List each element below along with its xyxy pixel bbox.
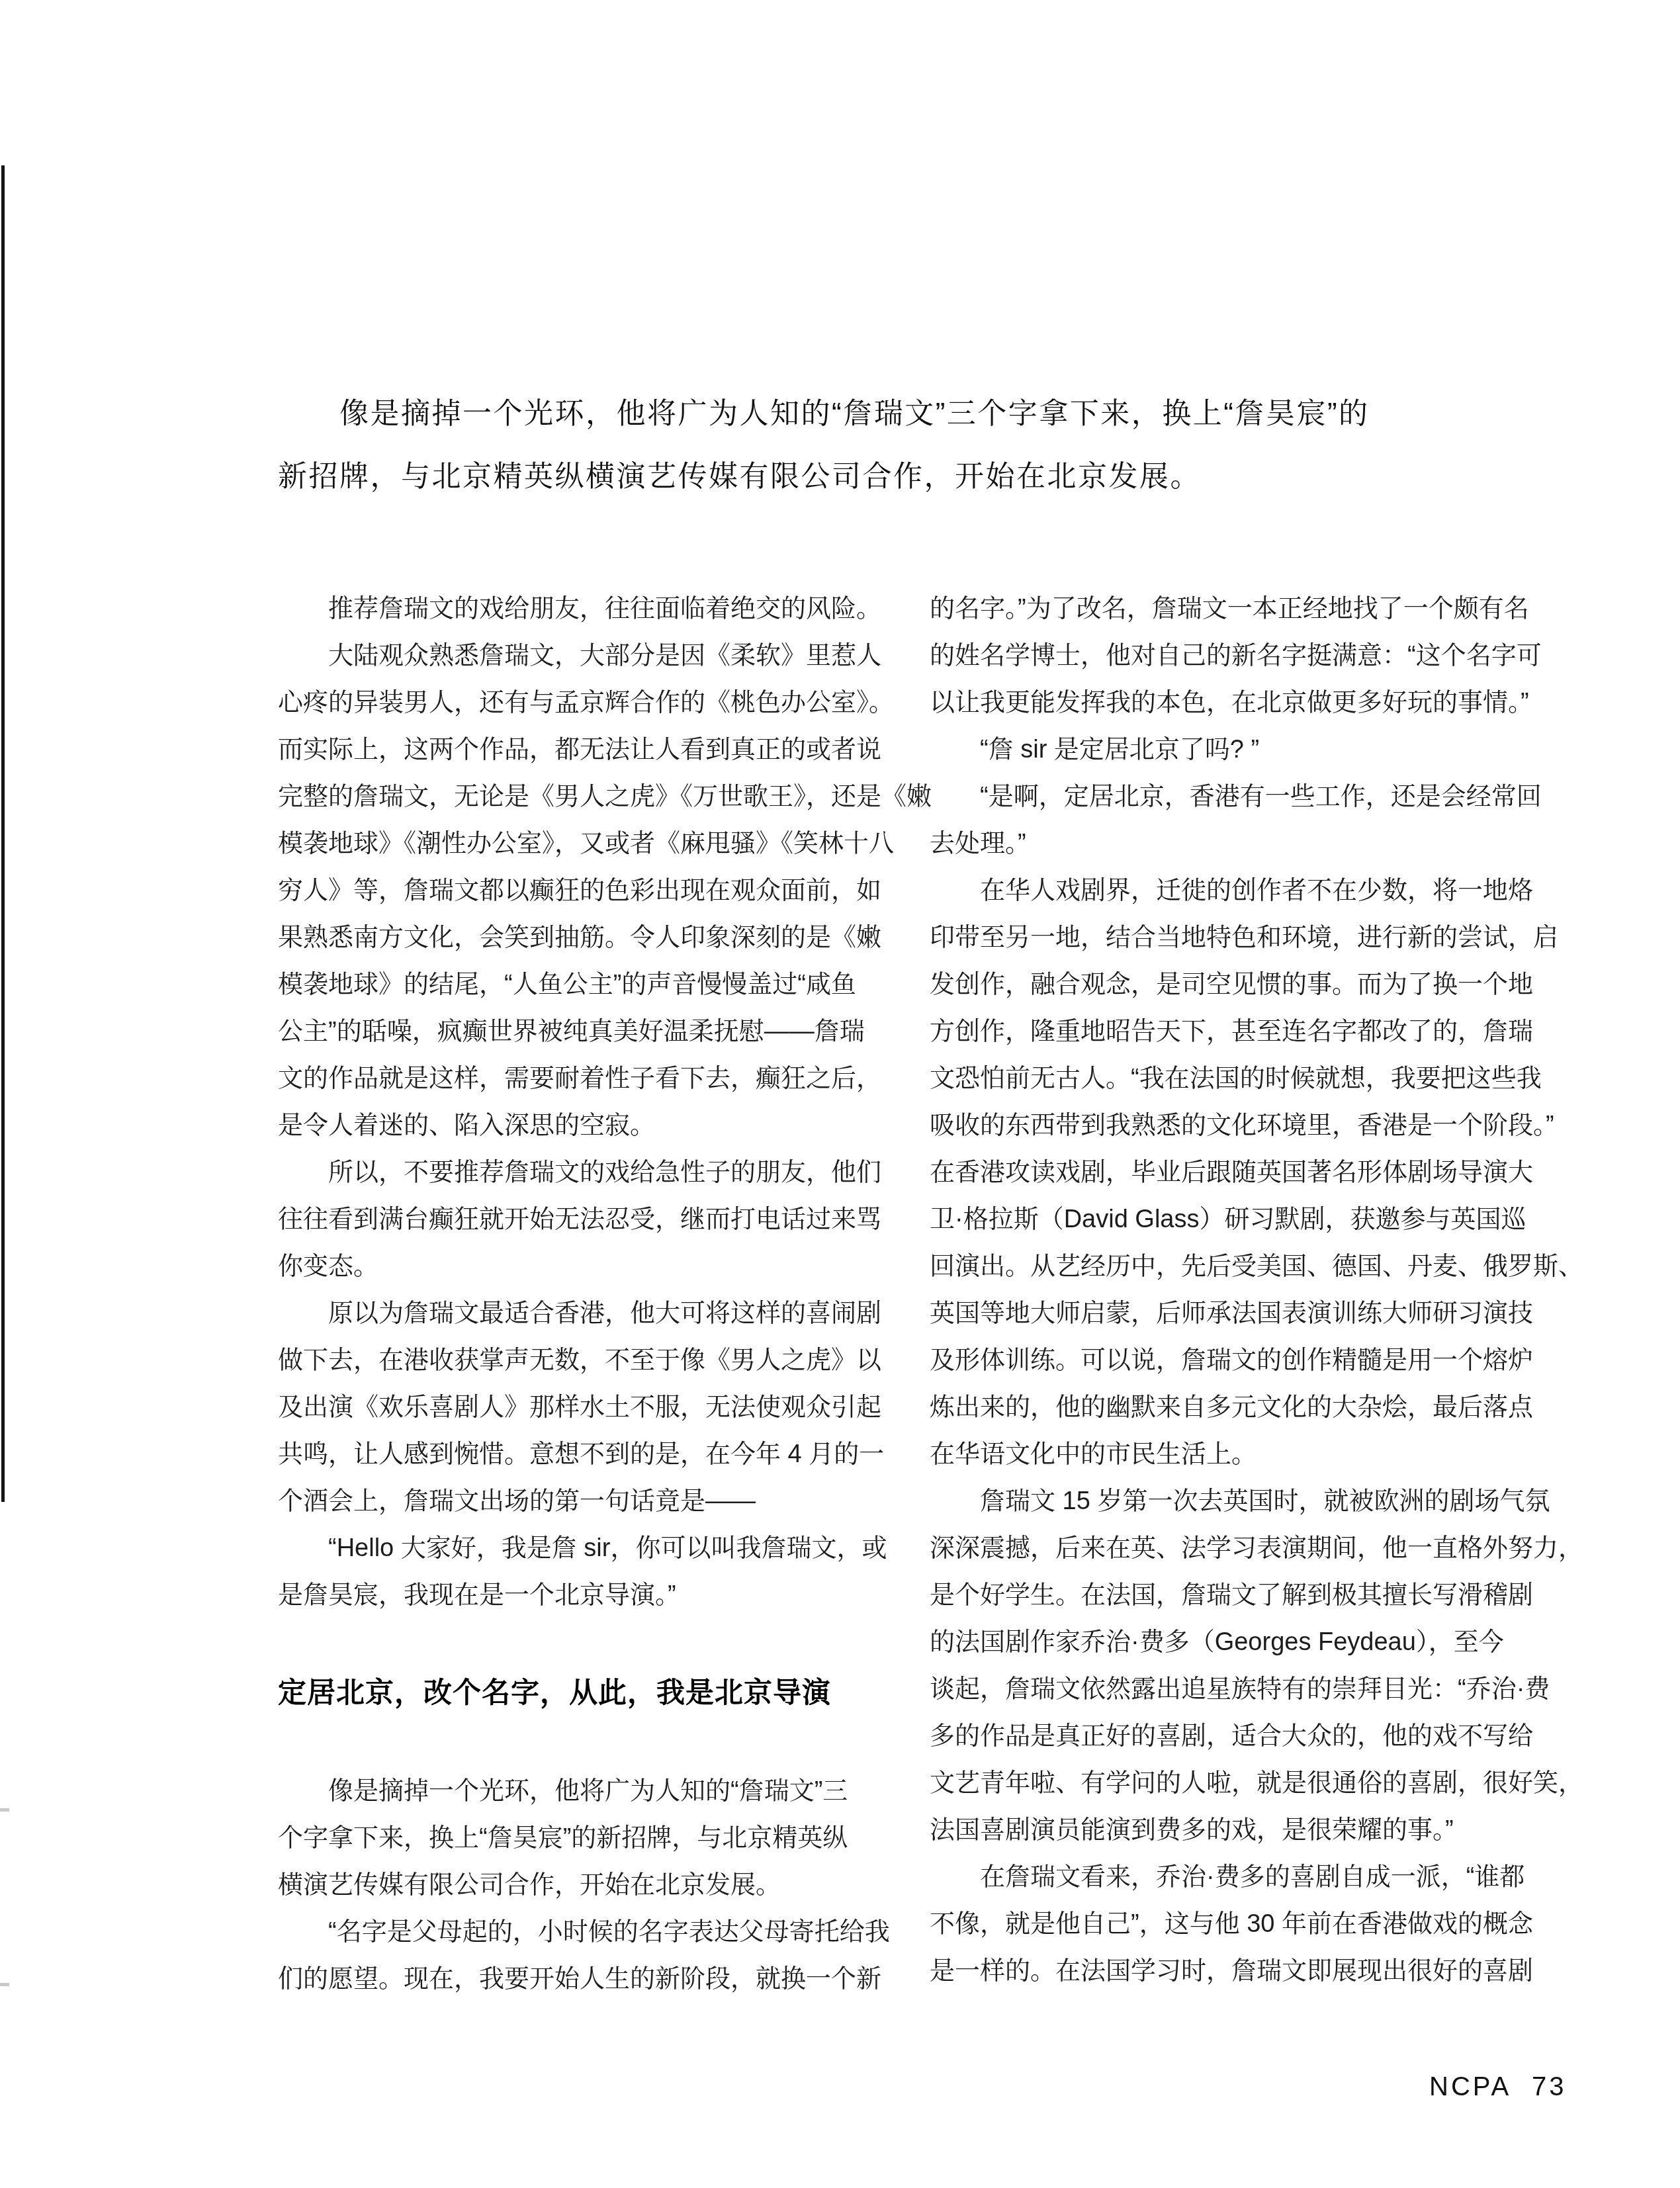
text-line: 文艺青年啦、有学问的人啦，就是很通俗的喜剧，很好笑， bbox=[930, 1760, 1535, 1807]
pull-quote-line: 新招牌，与北京精英纵横演艺传媒有限公司合作，开始在北京发展。 bbox=[278, 445, 1575, 508]
text-line: 共鸣，让人感到惋惜。意想不到的是，在今年 4 月的一 bbox=[278, 1431, 883, 1478]
text-line: 的法国剧作家乔治·费多（Georges Feydeau），至今 bbox=[930, 1619, 1535, 1666]
left-column: 推荐詹瑞文的戏给朋友，往往面临着绝交的风险。 大陆观众熟悉詹瑞文，大部分是因《柔… bbox=[278, 586, 883, 2003]
text-line: 做下去，在港收获掌声无数，不至于像《男人之虎》以 bbox=[278, 1337, 883, 1384]
text-line: 模袭地球》的结尾，“人鱼公主”的声音慢慢盖过“咸鱼 bbox=[278, 961, 883, 1008]
text-line: 的姓名学博士，他对自己的新名字挺满意：“这个名字可 bbox=[930, 633, 1535, 679]
text-line: 发创作，融合观念，是司空见惯的事。而为了换一个地 bbox=[930, 961, 1535, 1008]
text-line: 往往看到满台癫狂就开始无法忍受，继而打电话过来骂 bbox=[278, 1196, 883, 1243]
text-line: 及出演《欢乐喜剧人》那样水土不服，无法使观众引起 bbox=[278, 1384, 883, 1431]
text-line: 法国喜剧演员能演到费多的戏，是很荣耀的事。” bbox=[930, 1807, 1535, 1854]
text-line: 是令人着迷的、陷入深思的空寂。 bbox=[278, 1102, 883, 1149]
text-line: 的名字。”为了改名，詹瑞文一本正经地找了一个颇有名 bbox=[930, 586, 1535, 633]
text-line: 詹瑞文 15 岁第一次去英国时，就被欧洲的剧场气氛 bbox=[930, 1478, 1535, 1525]
text-line: 文恐怕前无古人。“我在法国的时候就想，我要把这些我 bbox=[930, 1055, 1535, 1102]
text-line: 穷人》等，詹瑞文都以癫狂的色彩出现在观众面前，如 bbox=[278, 867, 883, 914]
text-line: 及形体训练。可以说，詹瑞文的创作精髓是用一个熔炉 bbox=[930, 1337, 1535, 1384]
page-number: NCPA 73 bbox=[1429, 2072, 1567, 2102]
pull-quote: 像是摘掉一个光环，他将广为人知的“詹瑞文”三个字拿下来，换上“詹昊宸”的新招牌，… bbox=[278, 382, 1575, 508]
text-line: 模袭地球》《潮性办公室》，又或者《麻甩骚》《笑林十八 bbox=[278, 820, 883, 867]
section-heading: 定居北京，改个名字，从此，我是北京导演 bbox=[278, 1669, 883, 1718]
text-line: 原以为詹瑞文最适合香港，他大可将这样的喜闹剧 bbox=[278, 1290, 883, 1337]
text-line: 在华语文化中的市民生活上。 bbox=[930, 1431, 1535, 1478]
article-body: 推荐詹瑞文的戏给朋友，往往面临着绝交的风险。 大陆观众熟悉詹瑞文，大部分是因《柔… bbox=[278, 586, 1535, 2003]
text-line: 文的作品就是这样，需要耐着性子看下去，癫狂之后， bbox=[278, 1055, 883, 1102]
text-line: 个酒会上，詹瑞文出场的第一句话竟是—— bbox=[278, 1478, 883, 1525]
scan-artifact-dash bbox=[0, 1983, 9, 1986]
text-line: 推荐詹瑞文的戏给朋友，往往面临着绝交的风险。 bbox=[278, 586, 883, 633]
text-line: 所以，不要推荐詹瑞文的戏给急性子的朋友，他们 bbox=[278, 1149, 883, 1196]
text-line: 是个好学生。在法国，詹瑞文了解到极其擅长写滑稽剧 bbox=[930, 1572, 1535, 1619]
text-line: 们的愿望。现在，我要开始人生的新阶段，就换一个新 bbox=[278, 1956, 883, 2003]
text-line: 像是摘掉一个光环，他将广为人知的“詹瑞文”三 bbox=[278, 1768, 883, 1815]
right-column: 的名字。”为了改名，詹瑞文一本正经地找了一个颇有名的姓名学博士，他对自己的新名字… bbox=[930, 586, 1535, 2003]
text-line: 卫·格拉斯（David Glass）研习默剧，获邀参与英国巡 bbox=[930, 1196, 1535, 1243]
text-line: 吸收的东西带到我熟悉的文化环境里，香港是一个阶段。” bbox=[930, 1102, 1535, 1149]
left-column-text-top: 推荐詹瑞文的戏给朋友，往往面临着绝交的风险。 大陆观众熟悉詹瑞文，大部分是因《柔… bbox=[278, 586, 883, 1619]
text-line: 英国等地大师启蒙，后师承法国表演训练大师研习演技 bbox=[930, 1290, 1535, 1337]
text-line: 大陆观众熟悉詹瑞文，大部分是因《柔软》里惹人 bbox=[278, 633, 883, 679]
text-line: 印带至另一地，结合当地特色和环境，进行新的尝试，启 bbox=[930, 914, 1535, 961]
text-line: 炼出来的，他的幽默来自多元文化的大杂烩，最后落点 bbox=[930, 1384, 1535, 1431]
text-line: 在香港攻读戏剧，毕业后跟随英国著名形体剧场导演大 bbox=[930, 1149, 1535, 1196]
text-line: 而实际上，这两个作品，都无法让人看到真正的或者说 bbox=[278, 726, 883, 773]
text-line: 果熟悉南方文化，会笑到抽筋。令人印象深刻的是《嫩 bbox=[278, 914, 883, 961]
text-line: 横演艺传媒有限公司合作，开始在北京发展。 bbox=[278, 1862, 883, 1909]
scan-artifact-dash bbox=[0, 1808, 9, 1812]
text-line: 多的作品是真正好的喜剧，适合大众的，他的戏不写给 bbox=[930, 1713, 1535, 1760]
text-line: “Hello 大家好，我是詹 sir，你可以叫我詹瑞文，或 bbox=[278, 1525, 883, 1572]
right-column-text: 的名字。”为了改名，詹瑞文一本正经地找了一个颇有名的姓名学博士，他对自己的新名字… bbox=[930, 586, 1535, 1995]
text-line: 个字拿下来，换上“詹昊宸”的新招牌，与北京精英纵 bbox=[278, 1815, 883, 1862]
text-line: 公主”的聒噪，疯癫世界被纯真美好温柔抚慰——詹瑞 bbox=[278, 1008, 883, 1055]
text-line: 回演出。从艺经历中，先后受美国、德国、丹麦、俄罗斯、 bbox=[930, 1243, 1535, 1290]
text-line: 方创作，隆重地昭告天下，甚至连名字都改了的，詹瑞 bbox=[930, 1008, 1535, 1055]
text-line: 以让我更能发挥我的本色，在北京做更多好玩的事情。” bbox=[930, 679, 1535, 726]
text-line: “詹 sir 是定居北京了吗? ” bbox=[930, 726, 1535, 773]
text-line: 是一样的。在法国学习时，詹瑞文即展现出很好的喜剧 bbox=[930, 1948, 1535, 1995]
text-line: 在詹瑞文看来，乔治·费多的喜剧自成一派，“谁都 bbox=[930, 1854, 1535, 1901]
pull-quote-line: 像是摘掉一个光环，他将广为人知的“詹瑞文”三个字拿下来，换上“詹昊宸”的 bbox=[278, 382, 1575, 445]
text-line: 去处理。” bbox=[930, 820, 1535, 867]
text-line: 谈起，詹瑞文依然露出追星族特有的崇拜目光：“乔治·费 bbox=[930, 1666, 1535, 1713]
page-edge-rule bbox=[1, 165, 5, 1502]
text-line: “是啊，定居北京，香港有一些工作，还是会经常回 bbox=[930, 773, 1535, 820]
text-line: 完整的詹瑞文，无论是《男人之虎》《万世歌王》，还是《嫩 bbox=[278, 773, 883, 820]
magazine-page: 像是摘掉一个光环，他将广为人知的“詹瑞文”三个字拿下来，换上“詹昊宸”的新招牌，… bbox=[0, 0, 1680, 2188]
text-line: 不像，就是他自己”，这与他 30 年前在香港做戏的概念 bbox=[930, 1901, 1535, 1948]
text-line: 心疼的异装男人，还有与孟京辉合作的《桃色办公室》。 bbox=[278, 679, 883, 726]
text-line: 你变态。 bbox=[278, 1243, 883, 1290]
text-line: 是詹昊宸，我现在是一个北京导演。” bbox=[278, 1572, 883, 1619]
text-line: 深深震撼，后来在英、法学习表演期间，他一直格外努力， bbox=[930, 1525, 1535, 1572]
left-column-text-bottom: 像是摘掉一个光环，他将广为人知的“詹瑞文”三个字拿下来，换上“詹昊宸”的新招牌，… bbox=[278, 1768, 883, 2003]
text-line: “名字是父母起的，小时候的名字表达父母寄托给我 bbox=[278, 1909, 883, 1956]
text-line: 在华人戏剧界，迁徙的创作者不在少数，将一地烙 bbox=[930, 867, 1535, 914]
